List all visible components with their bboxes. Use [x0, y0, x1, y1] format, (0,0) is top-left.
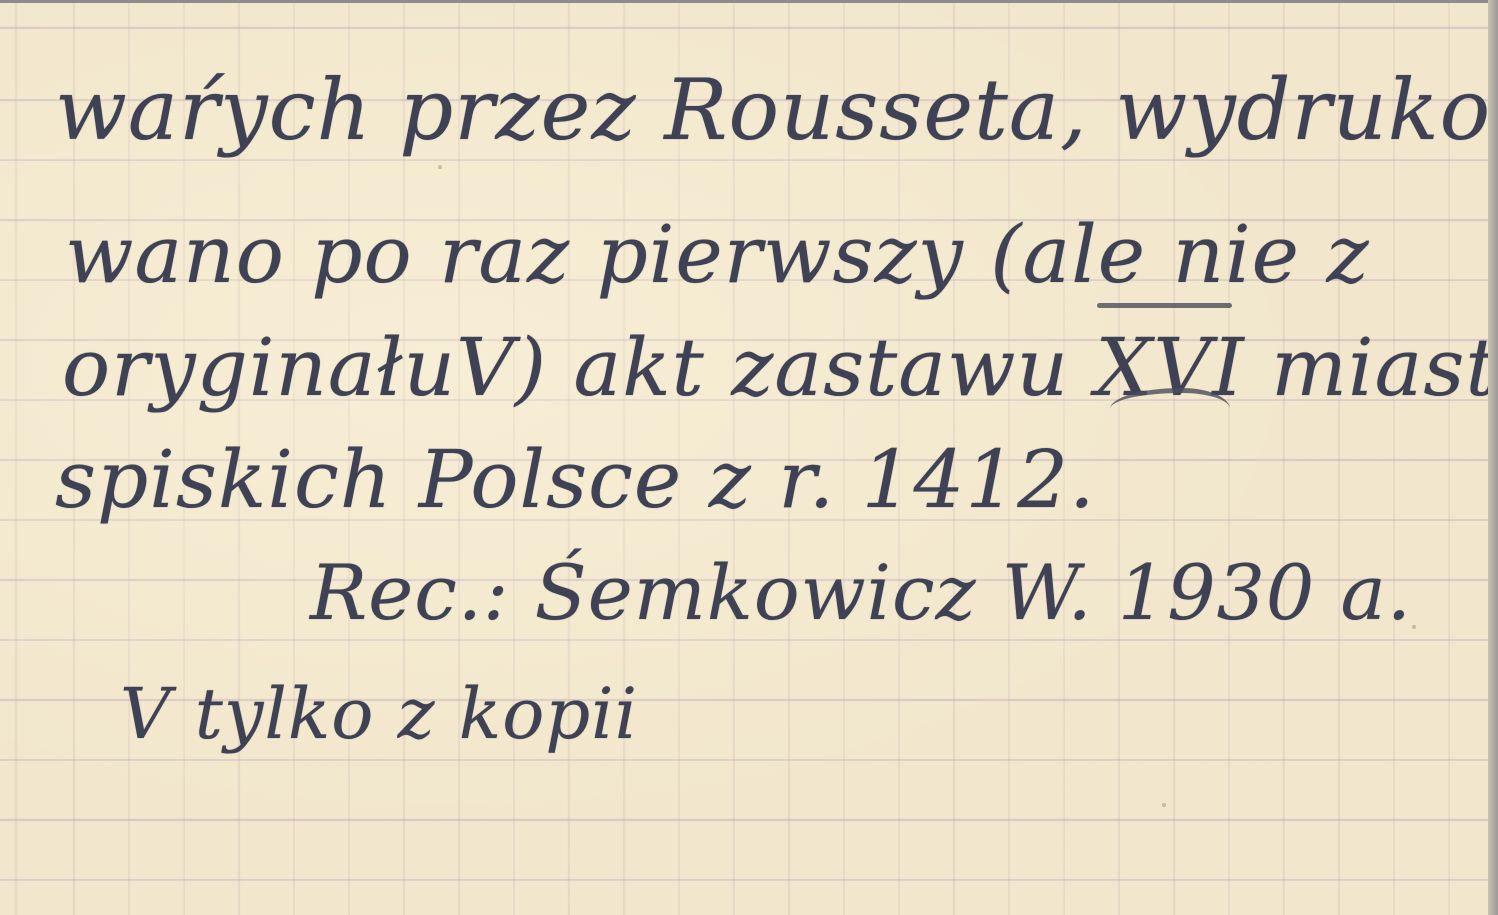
card-right-edge: [1488, 0, 1498, 915]
paper-speck: [1412, 625, 1416, 629]
card-line-3: oryginałuV) akt zastawu XVI miast: [62, 321, 1488, 414]
card-line-1: waŕych przez Rousseta, wydruko-: [55, 61, 1488, 159]
card-line-2: wano po raz pierwszy (ale nie z: [65, 208, 1370, 301]
paper-speck: [1162, 803, 1166, 807]
index-card: waŕych przez Rousseta, wydruko- wano po …: [0, 3, 1488, 915]
card-line-4: spiskich Polsce z r. 1412.: [55, 433, 1096, 526]
paper-speck: [438, 165, 442, 169]
footnote-line: V tylko z kopii: [120, 673, 638, 755]
review-citation-line: Rec.: Śemkowicz W. 1930 a.: [310, 548, 1412, 637]
roman-numeral-overline: [1097, 303, 1232, 308]
